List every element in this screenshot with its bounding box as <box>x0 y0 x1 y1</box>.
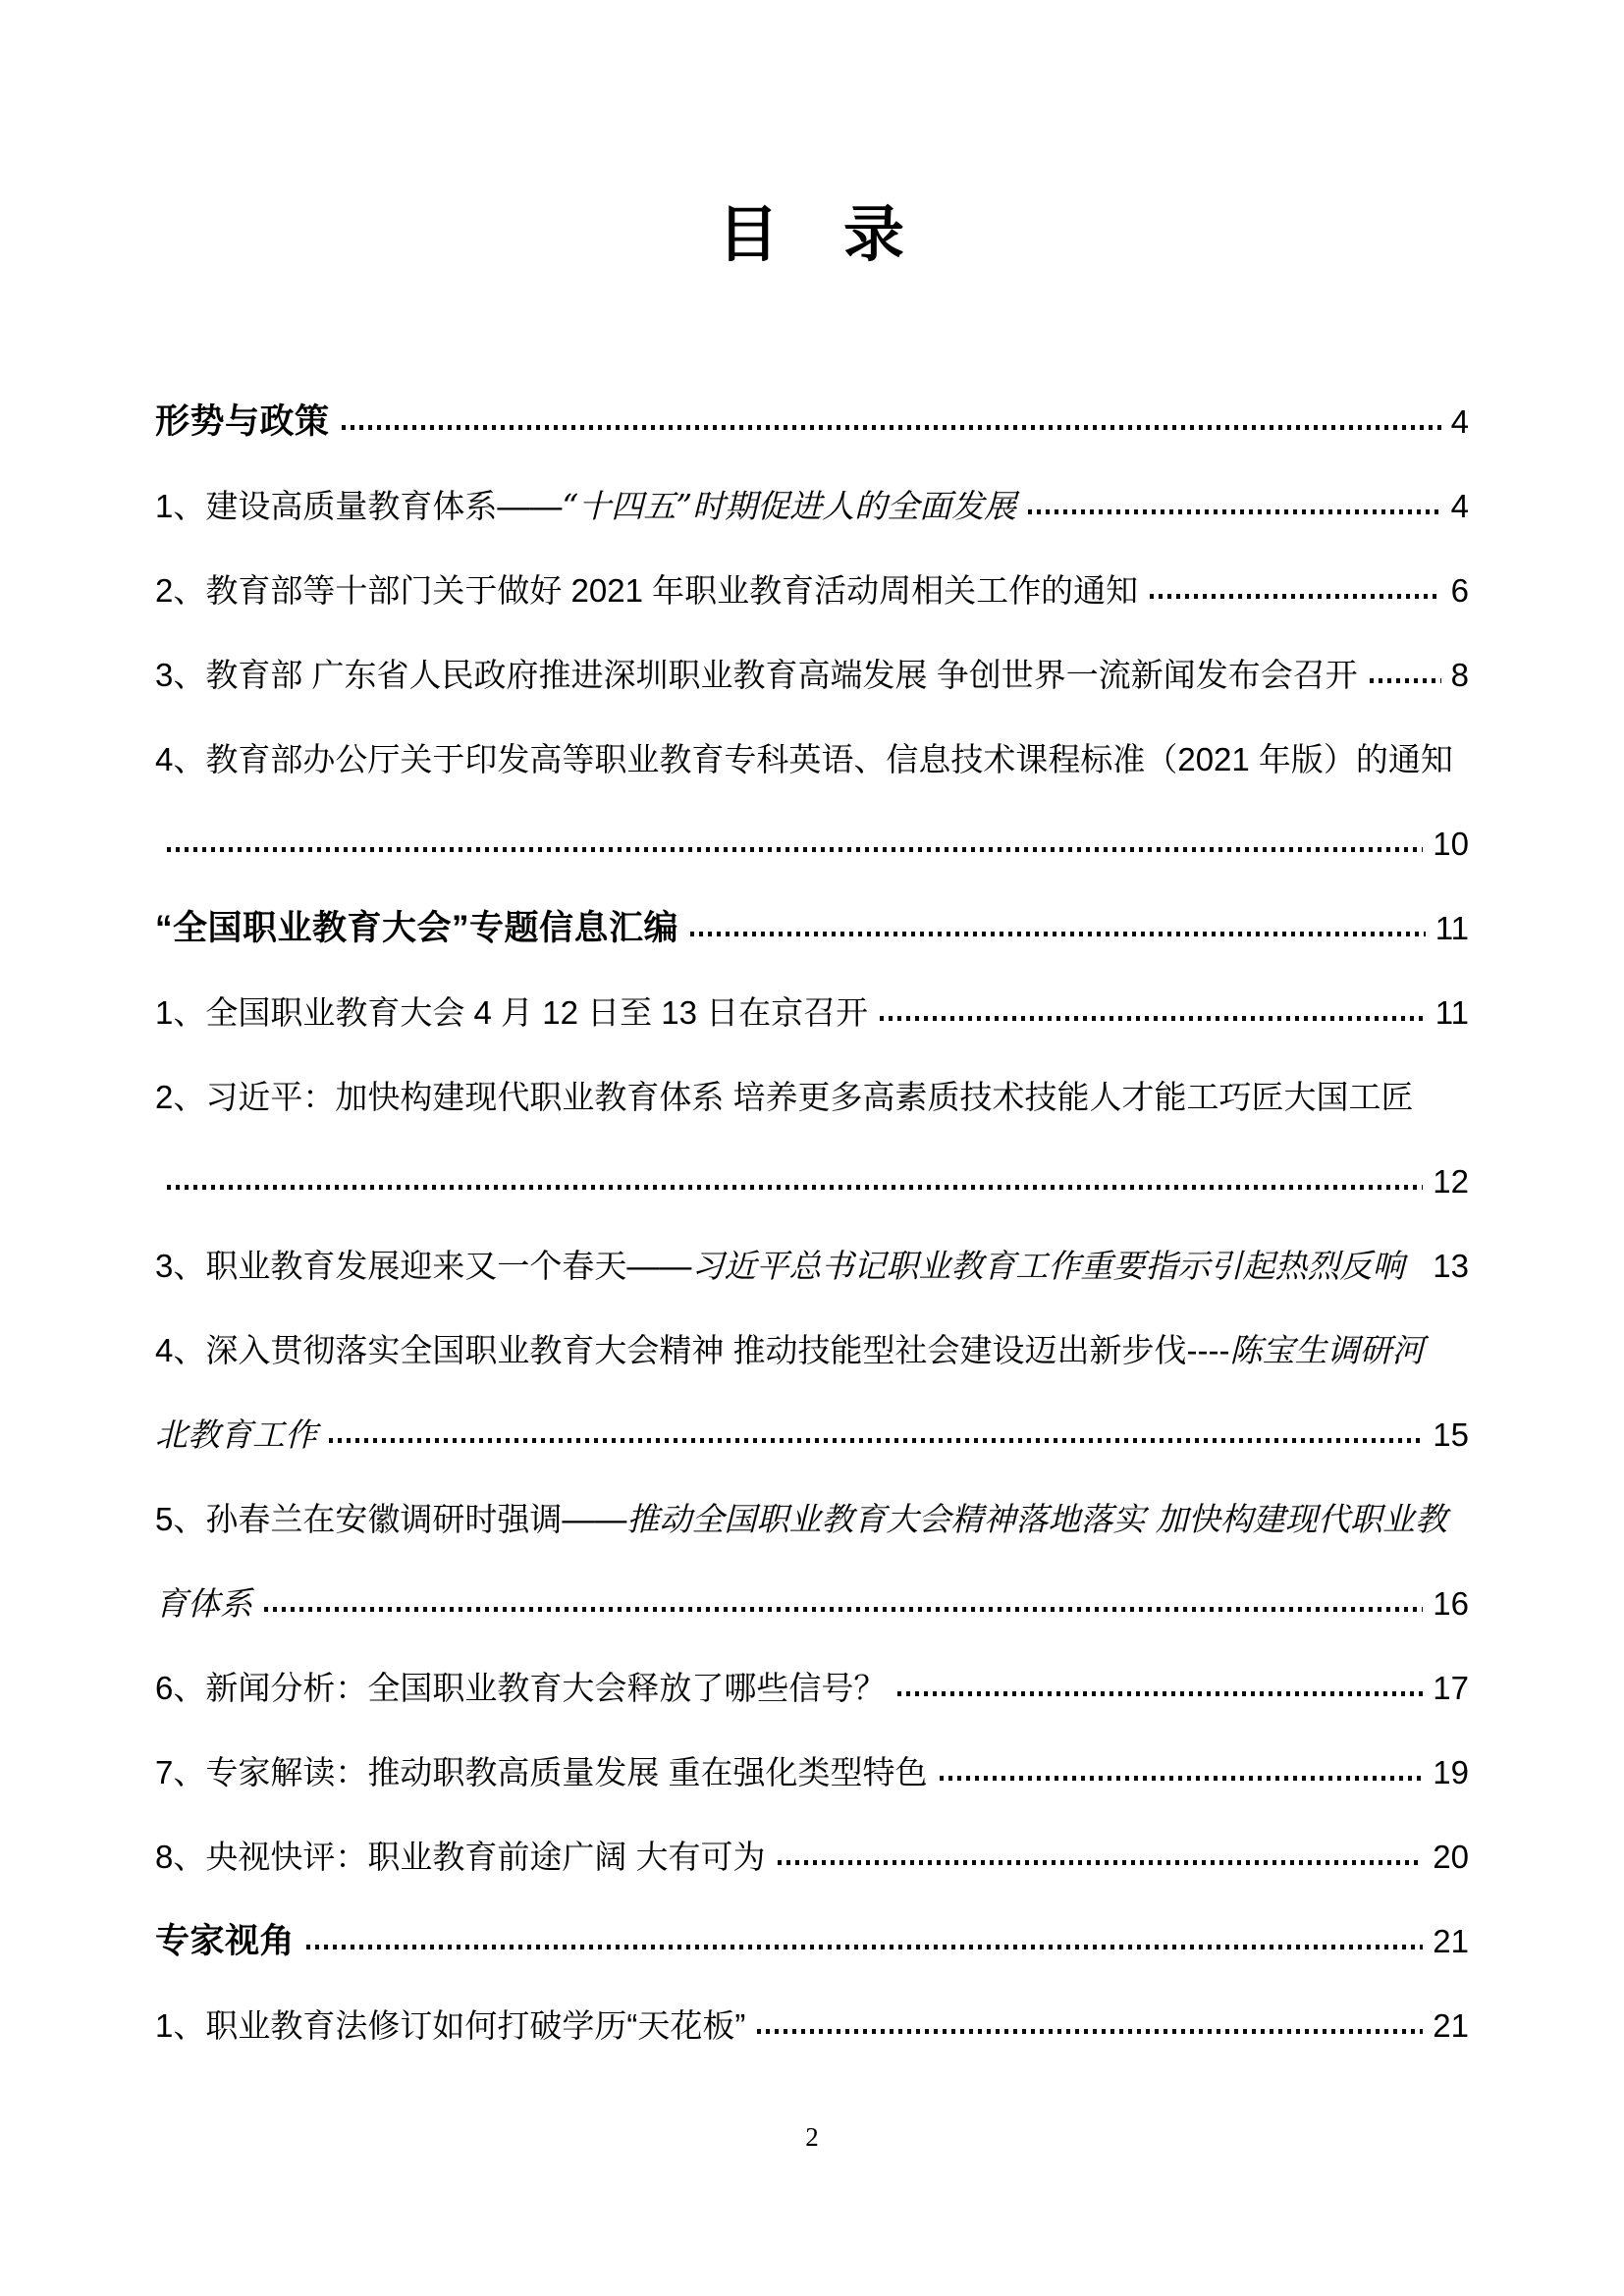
toc-page-number: 16 <box>1433 1562 1469 1646</box>
dotted-leader <box>167 1185 1423 1190</box>
toc-entry-text: 1、全国职业教育大会 4 月 12 日至 13 日在京召开 <box>155 971 868 1062</box>
toc-text-segment: 陈宝生调研河 <box>1229 1331 1424 1369</box>
dotted-leader <box>940 1776 1424 1781</box>
toc-page-number: 10 <box>1433 802 1469 886</box>
toc-text-segment: 2、教育部等十部门关于做好 2021 年职业教育活动周相关工作的通知 <box>155 572 1138 609</box>
toc-page-number: 11 <box>1435 971 1469 1055</box>
toc-entry-text: 北教育工作 <box>155 1393 317 1484</box>
toc-entry-text: 形势与政策 <box>155 380 330 471</box>
toc-item-entry[interactable]: 2、教育部等十部门关于做好 2021 年职业教育活动周相关工作的通知6 <box>155 549 1469 633</box>
toc-text-segment: 4、深入贯彻落实全国职业教育大会精神 推动技能型社会建设迈出新步伐---- <box>155 1332 1229 1368</box>
dotted-leader <box>757 2029 1423 2034</box>
toc-item-entry[interactable]: 5、孙春兰在安徽调研时强调——推动全国职业教育大会精神落地落实 加快构建现代职业… <box>155 1477 1469 1562</box>
dotted-leader <box>1028 509 1441 514</box>
toc-text-segment: 5、孙春兰在安徽调研时强调—— <box>155 1501 626 1537</box>
toc-text-segment: 育体系 <box>155 1584 252 1623</box>
toc-item-entry[interactable]: 1、职业教育法修订如何打破学历“天花板” 21 <box>155 1984 1469 2068</box>
toc-item-entry[interactable]: 3、职业教育发展迎来又一个春天——习近平总书记职业教育工作重要指示引起热烈反响1… <box>155 1224 1469 1308</box>
toc-page-number: 11 <box>1435 886 1469 971</box>
toc-section-entry[interactable]: 专家视角21 <box>155 1899 1469 1984</box>
toc-text-segment: 6、新闻分析：全国职业教育大会释放了哪些信号？ <box>155 1670 886 1706</box>
toc-text-segment: 1、职业教育法修订如何打破学历“天花板” <box>155 2007 745 2044</box>
toc-text-segment: “全国职业教育大会”专题信息汇编 <box>155 909 678 947</box>
toc-text-segment: 专家视角 <box>155 1922 295 1960</box>
toc-entry-text: 3、职业教育发展迎来又一个春天——习近平总书记职业教育工作重要指示引起热烈反响 <box>155 1224 1404 1315</box>
toc-text-segment: “十四五”时期促进人的全面发展 <box>562 487 1016 525</box>
toc-item-entry[interactable]: 12 <box>155 1140 1469 1224</box>
toc-item-entry[interactable]: 4、教育部办公厅关于印发高等职业教育专科英语、信息技术课程标准（2021 年版）… <box>155 718 1469 802</box>
document-page: 目 录 形势与政策41、建设高质量教育体系——“十四五”时期促进人的全面发展42… <box>0 0 1624 2296</box>
toc-page-number: 20 <box>1433 1815 1469 1899</box>
toc-entry-text: “全国职业教育大会”专题信息汇编 <box>155 886 678 978</box>
toc-entry-text: 1、职业教育法修订如何打破学历“天花板” <box>155 1984 745 2075</box>
toc-page-number: 17 <box>1433 1646 1469 1731</box>
toc-text-segment: 8、央视快评：职业教育前途广阔 大有可为 <box>155 1839 766 1875</box>
toc-entry-text: 4、深入贯彻落实全国职业教育大会精神 推动技能型社会建设迈出新步伐----陈宝生… <box>155 1308 1424 1400</box>
toc-entry-text: 育体系 <box>155 1562 252 1653</box>
toc-text-segment: 北教育工作 <box>155 1415 317 1454</box>
dotted-leader <box>264 1607 1423 1612</box>
toc-entry-text: 2、习近平：加快构建现代职业教育体系 培养更多高素质技术技能人才能工巧匠大国工匠 <box>155 1055 1414 1147</box>
toc-item-entry[interactable]: 8、央视快评：职业教育前途广阔 大有可为20 <box>155 1815 1469 1899</box>
toc-entry-text: 2、教育部等十部门关于做好 2021 年职业教育活动周相关工作的通知 <box>155 549 1138 640</box>
toc-text-segment: 4、教育部办公厅关于印发高等职业教育专科英语、信息技术课程标准（2021 年版）… <box>155 741 1453 777</box>
page-title: 目 录 <box>155 0 1469 270</box>
toc-entry-text: 专家视角 <box>155 1899 295 1991</box>
dotted-leader <box>1370 678 1441 683</box>
toc-item-entry[interactable]: 2、习近平：加快构建现代职业教育体系 培养更多高素质技术技能人才能工巧匠大国工匠 <box>155 1055 1469 1140</box>
page-content: 目 录 形势与政策41、建设高质量教育体系——“十四五”时期促进人的全面发展42… <box>0 0 1624 2068</box>
dotted-leader <box>306 1945 1423 1949</box>
footer-page-number: 2 <box>0 2122 1624 2153</box>
toc-section-entry[interactable]: 形势与政策4 <box>155 380 1469 464</box>
toc-text-segment: 7、专家解读：推动职教高质量发展 重在强化类型特色 <box>155 1754 928 1790</box>
toc-page-number: 4 <box>1451 464 1469 549</box>
toc-text-segment: 3、职业教育发展迎来又一个春天—— <box>155 1248 691 1284</box>
toc-page-number: 4 <box>1451 380 1469 464</box>
toc-page-number: 12 <box>1433 1140 1469 1224</box>
toc-page-number: 6 <box>1451 549 1469 633</box>
toc-item-entry[interactable]: 育体系16 <box>155 1562 1469 1646</box>
toc-text-segment: 2、习近平：加快构建现代职业教育体系 培养更多高素质技术技能人才能工巧匠大国工匠 <box>155 1079 1414 1115</box>
toc-page-number: 21 <box>1433 1984 1469 2068</box>
toc-item-entry[interactable]: 3、教育部 广东省人民政府推进深圳职业教育高端发展 争创世界一流新闻发布会召开8 <box>155 633 1469 718</box>
toc-entry-text: 7、专家解读：推动职教高质量发展 重在强化类型特色 <box>155 1731 928 1822</box>
toc-text-segment: 习近平总书记职业教育工作重要指示引起热烈反响 <box>691 1247 1404 1285</box>
dotted-leader <box>329 1438 1423 1443</box>
toc-item-entry[interactable]: 1、全国职业教育大会 4 月 12 日至 13 日在京召开11 <box>155 971 1469 1055</box>
toc-page-number: 13 <box>1433 1224 1469 1308</box>
dotted-leader <box>880 1016 1426 1021</box>
toc-text-segment: 1、全国职业教育大会 4 月 12 日至 13 日在京召开 <box>155 994 868 1031</box>
toc-item-entry[interactable]: 北教育工作15 <box>155 1393 1469 1477</box>
toc-entry-text: 4、教育部办公厅关于印发高等职业教育专科英语、信息技术课程标准（2021 年版）… <box>155 718 1453 809</box>
toc-item-entry[interactable]: 4、深入贯彻落实全国职业教育大会精神 推动技能型社会建设迈出新步伐----陈宝生… <box>155 1308 1469 1393</box>
toc-item-entry[interactable]: 1、建设高质量教育体系——“十四五”时期促进人的全面发展4 <box>155 464 1469 549</box>
dotted-leader <box>167 847 1423 852</box>
toc-item-entry[interactable]: 10 <box>155 802 1469 886</box>
dotted-leader <box>778 1860 1424 1865</box>
dotted-leader <box>1150 594 1441 599</box>
toc-list: 形势与政策41、建设高质量教育体系——“十四五”时期促进人的全面发展42、教育部… <box>155 380 1469 2068</box>
toc-entry-text: 6、新闻分析：全国职业教育大会释放了哪些信号？ <box>155 1646 886 1737</box>
toc-text-segment: 3、教育部 广东省人民政府推进深圳职业教育高端发展 争创世界一流新闻发布会召开 <box>155 657 1358 693</box>
toc-page-number: 21 <box>1433 1899 1469 1984</box>
toc-page-number: 8 <box>1451 633 1469 718</box>
toc-text-segment: 推动全国职业教育大会精神落地落实 加快构建现代职业教 <box>626 1500 1447 1538</box>
toc-page-number: 19 <box>1433 1731 1469 1815</box>
toc-section-entry[interactable]: “全国职业教育大会”专题信息汇编11 <box>155 886 1469 971</box>
toc-entry-text: 8、央视快评：职业教育前途广阔 大有可为 <box>155 1815 766 1906</box>
dotted-leader <box>342 425 1441 430</box>
dotted-leader <box>690 932 1426 936</box>
toc-page-number: 15 <box>1433 1393 1469 1477</box>
toc-entry-text: 1、建设高质量教育体系——“十四五”时期促进人的全面发展 <box>155 464 1016 556</box>
toc-entry-text: 5、孙春兰在安徽调研时强调——推动全国职业教育大会精神落地落实 加快构建现代职业… <box>155 1477 1447 1569</box>
toc-item-entry[interactable]: 6、新闻分析：全国职业教育大会释放了哪些信号？17 <box>155 1646 1469 1731</box>
toc-text-segment: 1、建设高质量教育体系—— <box>155 488 562 524</box>
toc-entry-text: 3、教育部 广东省人民政府推进深圳职业教育高端发展 争创世界一流新闻发布会召开 <box>155 633 1358 724</box>
dotted-leader <box>897 1691 1423 1696</box>
toc-item-entry[interactable]: 7、专家解读：推动职教高质量发展 重在强化类型特色19 <box>155 1731 1469 1815</box>
toc-text-segment: 形势与政策 <box>155 402 330 441</box>
leader-spacer <box>1416 1269 1423 1274</box>
